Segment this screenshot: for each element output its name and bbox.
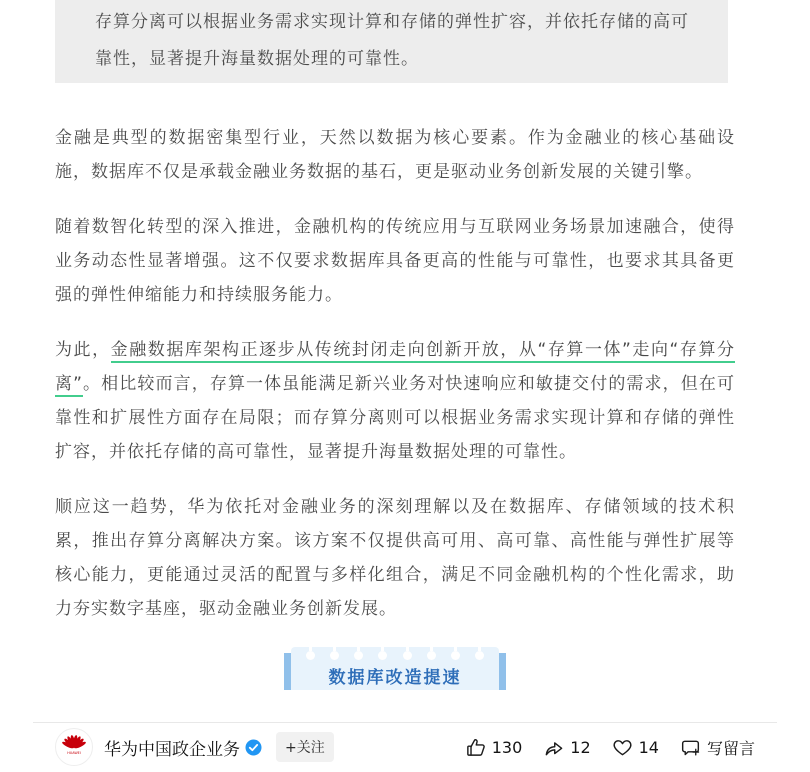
share-arrow-icon xyxy=(543,737,564,758)
paragraph-text: 。相比较而言，存算一体虽能满足新兴业务对快速响应和敏捷交付的需求，但在可靠性和扩… xyxy=(55,374,735,462)
like-button[interactable]: 130 xyxy=(465,737,523,758)
verified-badge-icon xyxy=(245,739,262,756)
comment-button[interactable]: 写留言 xyxy=(680,736,755,759)
comment-label: 写留言 xyxy=(707,736,755,759)
heart-count: 14 xyxy=(639,738,659,757)
footer-bar: HUAWEI 华为中国政企业务 +关注 130 xyxy=(0,722,810,772)
comment-bubble-plus-icon xyxy=(680,737,701,758)
thumbs-up-icon xyxy=(465,737,486,758)
paragraph: 随着数智化转型的深入推进，金融机构的传统应用与互联网业务场景加速融合，使得业务动… xyxy=(55,210,735,312)
quote-text: 存算分离可以根据业务需求实现计算和存储的弹性扩容，并依托存储的高可靠性，显著提升… xyxy=(95,12,689,69)
account-avatar[interactable]: HUAWEI xyxy=(55,728,93,766)
paragraph: 顺应这一趋势，华为依托对金融业务的深刻理解以及在数据库、存储领域的技术积累，推出… xyxy=(55,490,735,626)
share-button[interactable]: 12 xyxy=(543,737,590,758)
banner-right-bar xyxy=(499,653,506,690)
article-body: 金融是典型的数据密集型行业，天然以数据为核心要素。作为金融业的核心基础设施，数据… xyxy=(55,121,735,690)
banner-title: 数据库改造提速 xyxy=(291,663,499,688)
heart-button[interactable]: 14 xyxy=(612,737,659,758)
paragraph-text: 为此， xyxy=(55,340,111,360)
svg-text:HUAWEI: HUAWEI xyxy=(67,751,81,755)
banner-left-bar xyxy=(284,653,291,690)
paragraph: 为此，金融数据库架构正逐步从传统封闭走向创新开放，从“存算一体”走向“存算分离”… xyxy=(55,333,735,469)
account-name[interactable]: 华为中国政企业务 xyxy=(104,735,240,760)
paragraph: 金融是典型的数据密集型行业，天然以数据为核心要素。作为金融业的核心基础设施，数据… xyxy=(55,121,735,189)
share-count: 12 xyxy=(570,738,590,757)
heart-icon xyxy=(612,737,633,758)
like-count: 130 xyxy=(492,738,523,757)
footer-actions: 130 12 14 写留 xyxy=(465,736,755,759)
section-banner: 数据库改造提速 xyxy=(284,647,506,690)
huawei-logo-icon: HUAWEI xyxy=(59,730,89,764)
quote-block: 存算分离可以根据业务需求实现计算和存储的弹性扩容，并依托存储的高可靠性，显著提升… xyxy=(55,0,728,83)
banner-perforation-dots xyxy=(291,647,499,660)
follow-button[interactable]: +关注 xyxy=(276,732,334,762)
banner-body: 数据库改造提速 xyxy=(291,647,499,690)
